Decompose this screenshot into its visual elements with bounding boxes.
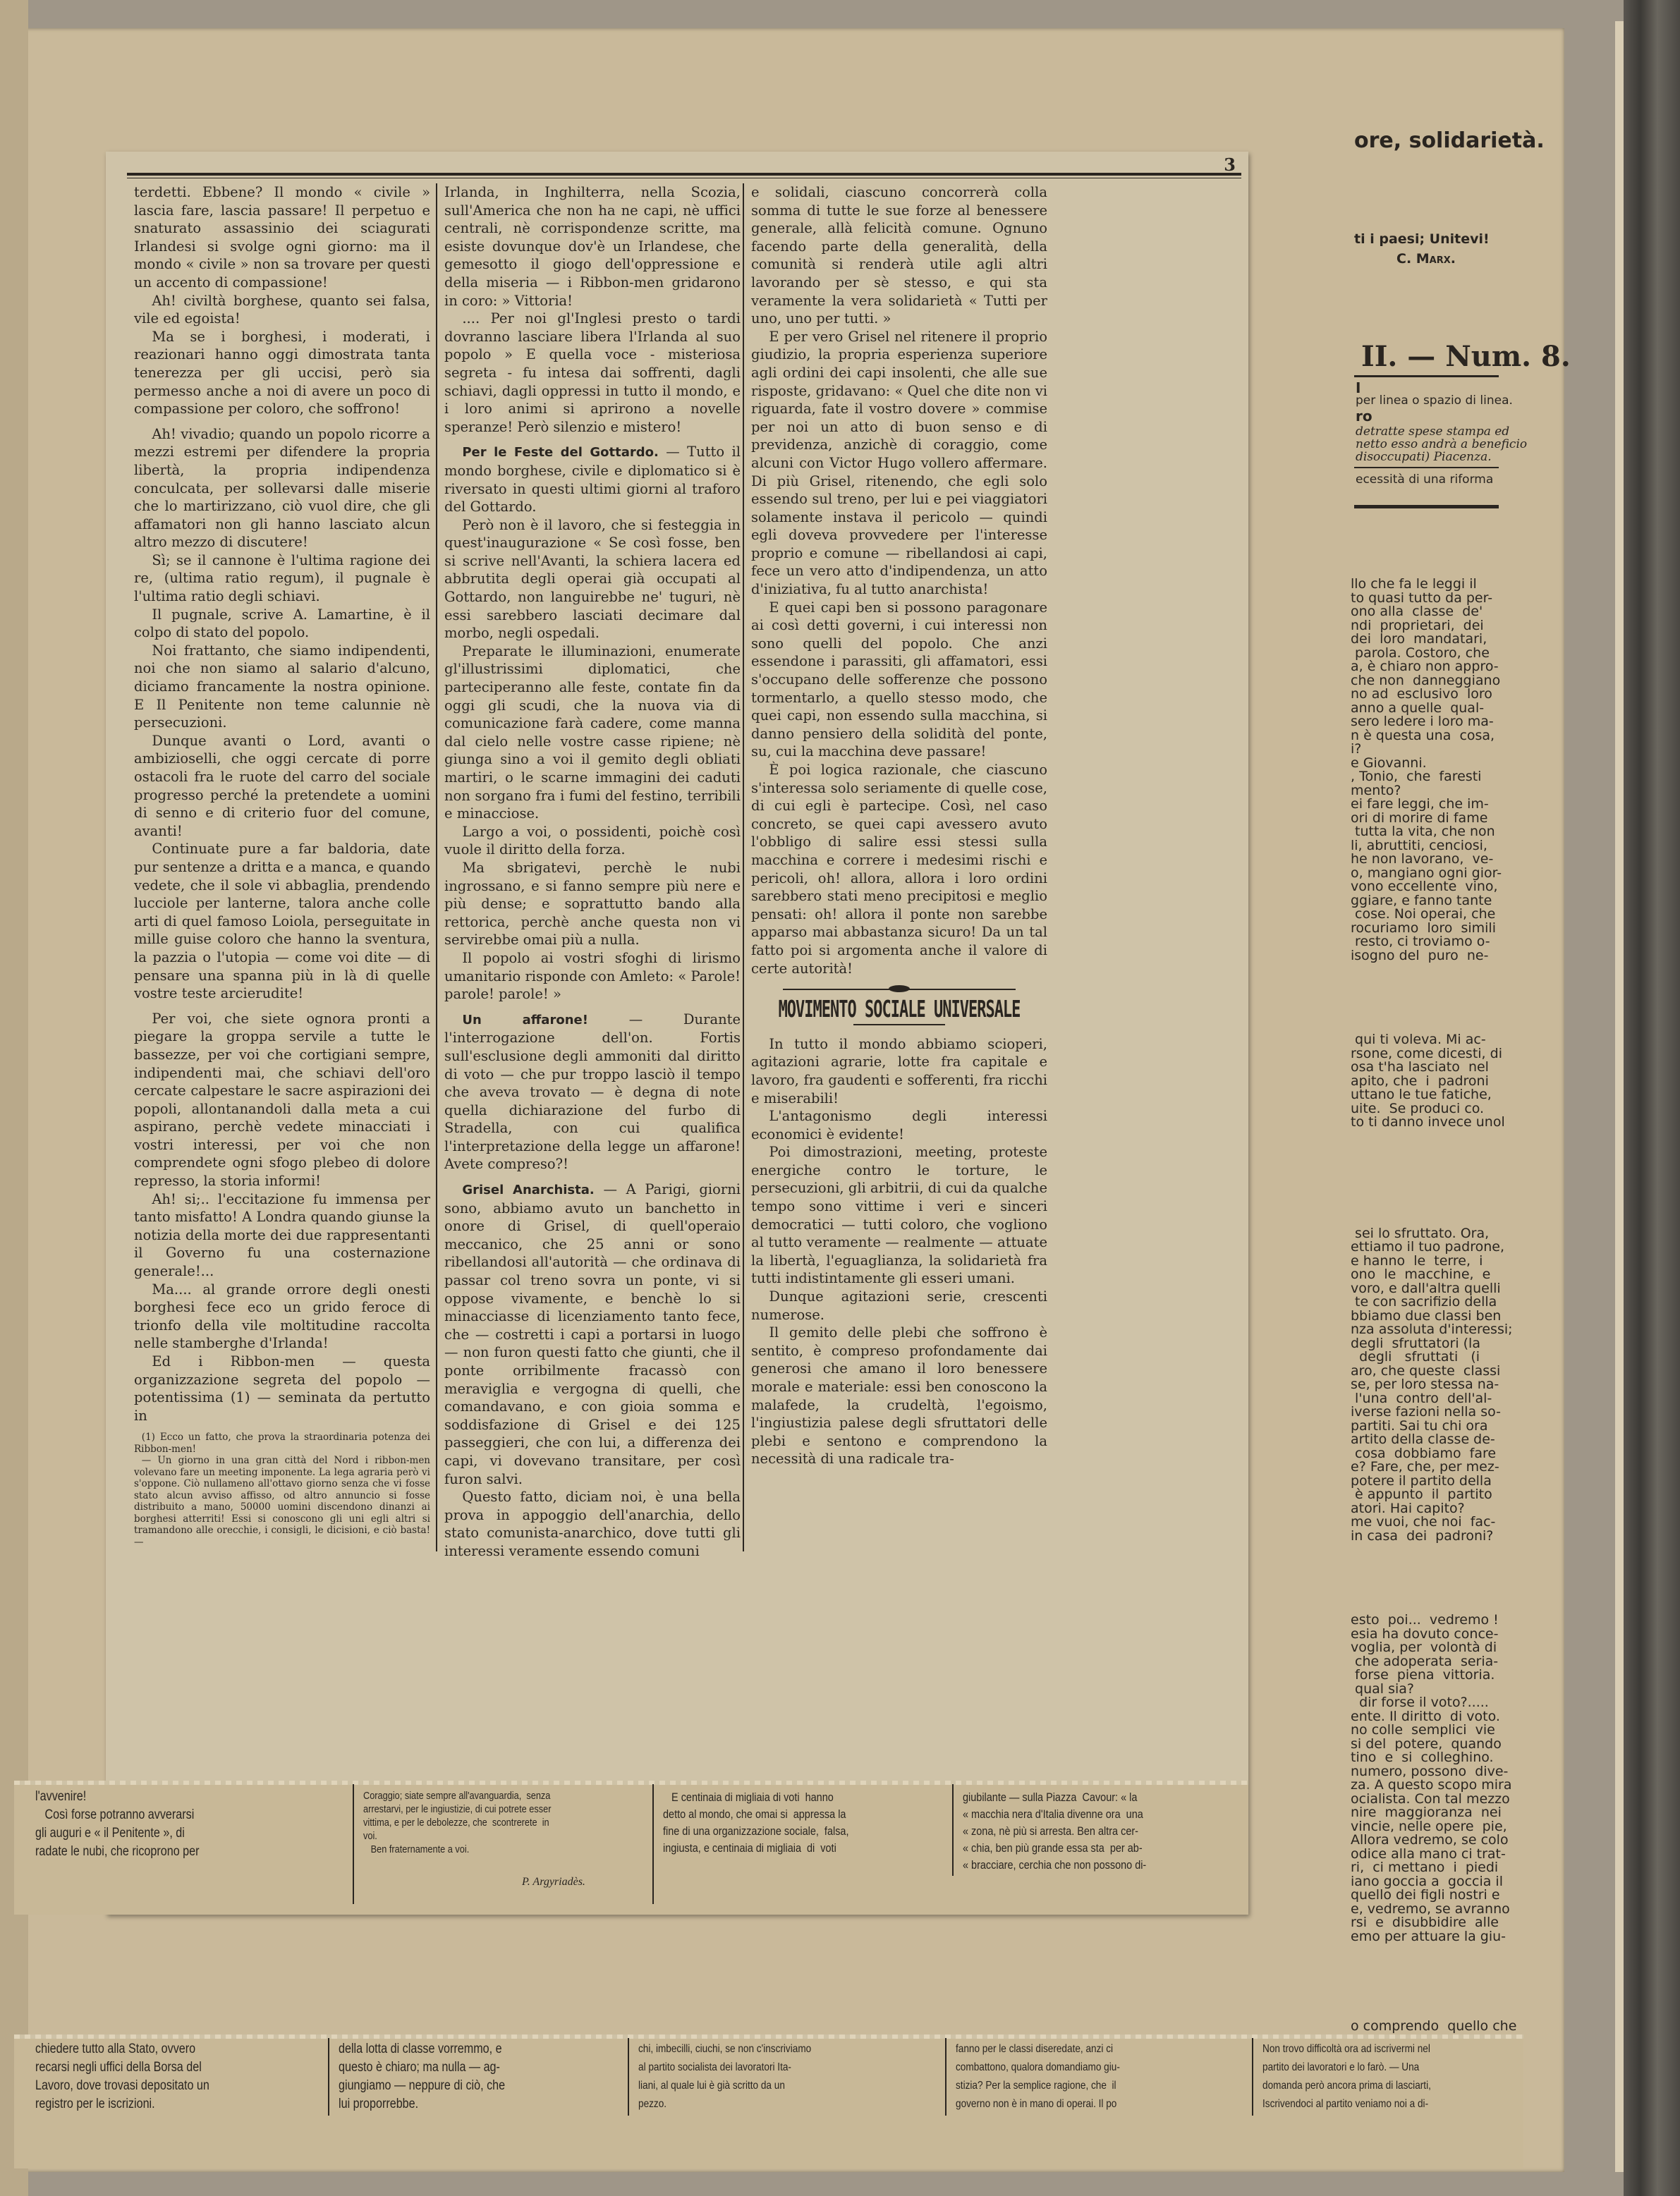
paragraph: Per voi, che siete ognora pronti a piega…: [134, 1010, 430, 1190]
paragraph: E quei capi ben si possono paragonare ai…: [751, 599, 1047, 761]
masthead-quote-author: C. Marx.: [1396, 251, 1456, 267]
page-number: 3: [1224, 154, 1236, 175]
paragraph: .... Per noi gl'Inglesi presto o tardi d…: [444, 310, 741, 436]
fragment-block: llo che fa le leggi il to quasi tutto da…: [1351, 578, 1527, 963]
paragraph: È poi logica razionale, che ciascuno s'i…: [751, 761, 1047, 977]
header-rule: [127, 178, 1241, 178]
binder-edge: [1615, 21, 1624, 2172]
column-rule: [952, 1784, 954, 1876]
column-rule: [743, 183, 744, 1551]
notice-line: disoccupati) Piacenza.: [1356, 450, 1492, 464]
torn-strip-bottom: chiedere tutto alla Stato, ovvero recars…: [14, 2035, 1523, 2168]
paragraph: Ma sbrigatevi, perchè le nubi ingrossano…: [444, 859, 741, 949]
paragraph: Ah! civiltà borghese, quanto sei falsa, …: [134, 292, 430, 328]
column-rule: [1252, 2038, 1253, 2116]
ornament-divider: [783, 987, 1016, 992]
right-column-fragment: llo che fa le leggi il to quasi tutto da…: [1351, 550, 1527, 2089]
masthead-rule: [1354, 505, 1499, 508]
ads-rate: per linea o spazio di linea.: [1356, 394, 1513, 408]
footnote: (1) Ecco un fatto, che prova la straordi…: [134, 1432, 430, 1548]
strip-column: Coraggio; siate sempre all'avanguardia, …: [363, 1789, 551, 1856]
torn-edge: [14, 2035, 1523, 2039]
column-3: e solidali, ciascuno concorrerà colla so…: [751, 183, 1047, 1468]
binder-spine: [1624, 0, 1680, 2196]
paragraph: Noi frattanto, che siamo indipendenti, n…: [134, 642, 430, 732]
strip-column: giubilante — sulla Piazza Cavour: « la «…: [963, 1789, 1146, 1874]
paragraph: e solidali, ciascuno concorrerà colla so…: [751, 183, 1047, 328]
paragraph: Ma.... al grande orrore degli onesti bor…: [134, 1281, 430, 1353]
masthead-rule: [1354, 375, 1499, 377]
paragraph: Questo fatto, diciam noi, è una bella pr…: [444, 1488, 741, 1560]
news-heading: Un affarone!: [462, 1013, 588, 1027]
paragraph: Sì; se il cannone è l'ultima ragione dei…: [134, 551, 430, 606]
strip-column: chiedere tutto alla Stato, ovvero recars…: [35, 2040, 209, 2113]
news-item-grisel: Grisel Anarchista. — A Parigi, giorni so…: [444, 1181, 741, 1488]
fragment-block: qui ti voleva. Mi ac- rsone, come dicest…: [1351, 1033, 1527, 1130]
strip-column: chi, imbecilli, ciuchi, se non c'inscriv…: [638, 2040, 811, 2113]
header-rule: [127, 173, 1241, 176]
paragraph: Dunque avanti o Lord, avanti o ambiziose…: [134, 732, 430, 841]
column-rule: [628, 2038, 629, 2116]
fragment-block: sei lo sfruttato. Ora, ettiamo il tuo pa…: [1351, 1227, 1527, 1544]
paragraph: L'antagonismo degli interessi economici …: [751, 1107, 1047, 1143]
column-rule: [945, 2038, 946, 2116]
news-heading: Per le Feste del Gottardo.: [462, 445, 659, 460]
masthead-rule: [1354, 467, 1499, 468]
section-label: ro: [1356, 408, 1372, 425]
strip-column: della lotta di classe vorremmo, e questo…: [339, 2040, 505, 2113]
paragraph: E per vero Grisel nel ritenere il propri…: [751, 328, 1047, 599]
strip-column: Non trovo difficoltà ora ad iscrivermi n…: [1262, 2040, 1431, 2113]
paragraph: Ah! vivadio; quando un popolo ricorre a …: [134, 425, 430, 551]
paragraph: Però non è il lavoro, che si festeggia i…: [444, 516, 741, 642]
column-2: Irlanda, in Inghilterra, nella Scozia, s…: [444, 183, 741, 1561]
paragraph: Il gemito delle plebi che soffrono è sen…: [751, 1324, 1047, 1468]
torn-edge: [14, 1781, 1248, 1785]
fragment-block: esto poi... vedremo ! esia ha dovuto con…: [1351, 1614, 1527, 1944]
footnote-line: (1) Ecco un fatto, che prova la straordi…: [134, 1432, 430, 1455]
paragraph: Ed i Ribbon-men — questa organizzazione …: [134, 1353, 430, 1425]
paragraph: Ah! si;.. l'eccitazione fu immensa per t…: [134, 1190, 430, 1281]
column-rule: [436, 183, 437, 1551]
strip-column: fanno per le classi diseredate, anzi ci …: [956, 2040, 1120, 2113]
column-rule: [328, 2038, 329, 2116]
notice-line: netto esso andrà a beneficio: [1356, 437, 1527, 451]
notice-line: detratte spese stampa ed: [1356, 425, 1509, 439]
masthead-quote: ti i paesi; Unitevi!: [1354, 231, 1490, 247]
footnote-line: — Un giorno in una gran città del Nord i…: [134, 1455, 430, 1548]
paragraph: Dunque agitazioni serie, crescenti numer…: [751, 1288, 1047, 1324]
paragraph: Il pugnale, scrive A. Lamartine, è il co…: [134, 606, 430, 642]
issue-number: II. — Num. 8.: [1361, 340, 1571, 373]
column-rule: [652, 1784, 654, 1904]
article-start: ecessità di una riforma: [1356, 472, 1493, 487]
paragraph: Preparate le illuminazioni, enumerate gl…: [444, 642, 741, 823]
page-3: 3 terdetti. Ebbene? Il mondo « civile » …: [106, 152, 1248, 1915]
column-rule: [353, 1784, 354, 1904]
news-heading: Grisel Anarchista.: [462, 1183, 594, 1197]
news-item-affarone: Un affarone! — Durante l'interrogazione …: [444, 1011, 741, 1173]
signature: P. Argyriadès.: [522, 1872, 585, 1891]
paragraph: Irlanda, in Inghilterra, nella Scozia, s…: [444, 183, 741, 310]
news-item-gottardo: Per le Feste del Gottardo. — Tutto il mo…: [444, 443, 741, 516]
torn-strip-middle: l'avvenire! Così forse potranno avverars…: [14, 1781, 1248, 1915]
paragraph: Largo a voi, o possidenti, poichè così v…: [444, 823, 741, 859]
paragraph: Poi dimostrazioni, meeting, proteste ene…: [751, 1143, 1047, 1288]
paragraph: In tutto il mondo abbiamo scioperi, agit…: [751, 1035, 1047, 1107]
paragraph: Il popolo ai vostri sfoghi di lirismo um…: [444, 949, 741, 1004]
paragraph: Continuate pure a far baldoria, date pur…: [134, 840, 430, 1002]
paragraph: terdetti. Ebbene? Il mondo « civile » la…: [134, 183, 430, 292]
strip-column: l'avvenire! Così forse potranno avverars…: [35, 1788, 200, 1861]
section-title: MOVIMENTO SOCIALE UNIVERSALE: [751, 997, 1047, 1024]
ornament-divider: [853, 1024, 945, 1025]
strip-column: E centinaia di migliaia di voti hanno de…: [663, 1789, 848, 1857]
paragraph: Ma se i borghesi, i moderati, i reaziona…: [134, 328, 430, 418]
masthead-motto: ore, solidarietà.: [1354, 128, 1545, 153]
column-1: terdetti. Ebbene? Il mondo « civile » la…: [134, 183, 430, 1548]
